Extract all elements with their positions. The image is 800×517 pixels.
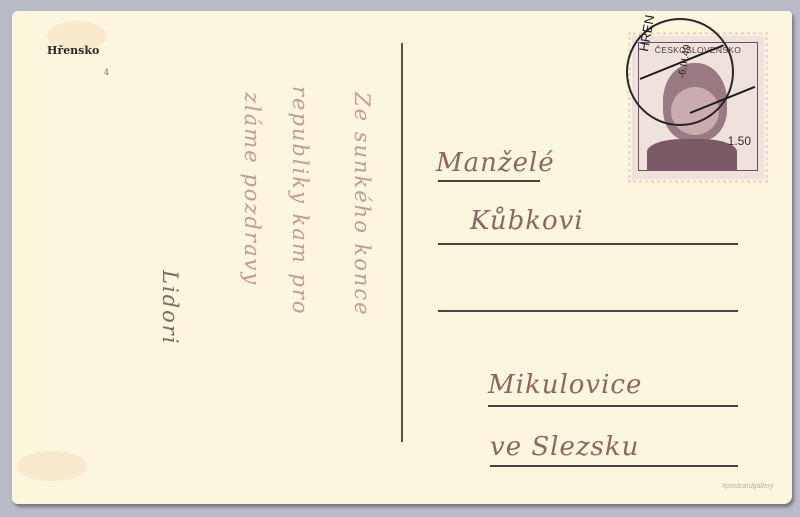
message-line-3: zláme pozdravy	[240, 92, 264, 286]
address-underline	[438, 310, 738, 312]
paper-stain	[17, 451, 87, 481]
address-underline	[438, 180, 540, 182]
message-line-2: republiky kam pro	[288, 86, 312, 316]
watermark: #postcardgallery	[722, 483, 773, 490]
portrait-body	[647, 139, 737, 171]
address-underline	[490, 465, 738, 467]
stamp-value: 1.50	[728, 134, 751, 148]
message-line-1: Ze sunkého konce	[350, 92, 374, 317]
address-underline	[488, 405, 738, 407]
postmark-circle: HŘEN -6.III.49	[626, 18, 734, 126]
location-label: Hřensko	[47, 44, 99, 57]
message-signature: Lidori	[158, 270, 182, 346]
address-line-2: Kůbkovi	[470, 206, 584, 236]
small-mark: 4	[104, 68, 109, 77]
divider-line	[401, 43, 403, 442]
address-line-4: Mikulovice	[488, 370, 642, 400]
address-underline	[438, 243, 738, 245]
address-line-5: ve Slezsku	[490, 432, 639, 462]
address-line-1: Manželé	[436, 148, 555, 178]
